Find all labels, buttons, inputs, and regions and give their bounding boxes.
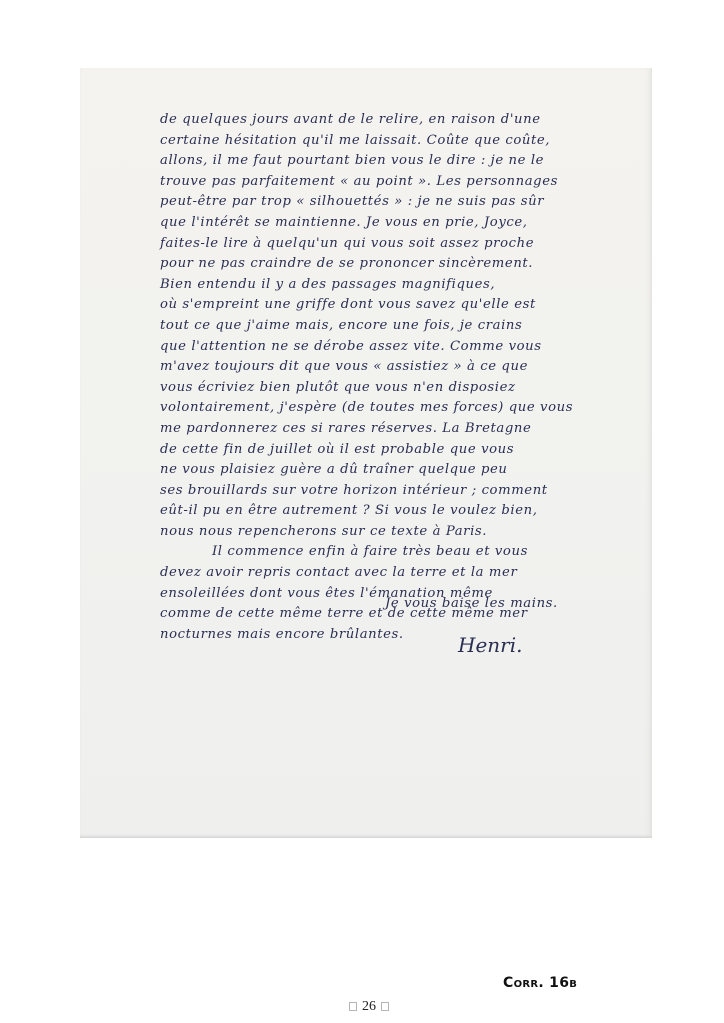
letter-line: de quelques jours avant de le relire, en…	[160, 110, 630, 131]
page-number-value: 26	[362, 999, 376, 1014]
missing-glyph-icon	[381, 1002, 389, 1011]
letter-line: nous nous repencherons sur ce texte à Pa…	[160, 522, 630, 543]
letter-line: ses brouillards sur votre horizon intéri…	[160, 481, 630, 502]
letter-line: que l'intérêt se maintienne. Je vous en …	[160, 213, 630, 234]
letter-line: Bien entendu il y a des passages magnifi…	[160, 275, 630, 296]
letter-line: volontairement, j'espère (de toutes mes …	[160, 398, 630, 419]
missing-glyph-icon	[349, 1002, 357, 1011]
letter-line: devez avoir repris contact avec la terre…	[160, 563, 630, 584]
letter-line: allons, il me faut pourtant bien vous le…	[160, 151, 630, 172]
letter-line: eût-il pu en être autrement ? Si vous le…	[160, 501, 630, 522]
letter-line: m'avez toujours dit que vous « assistiez…	[160, 357, 630, 378]
letter-line: nocturnes mais encore brûlantes.	[160, 625, 630, 646]
letter-body: de quelques jours avant de le relire, en…	[160, 110, 630, 645]
letter-line: où s'empreint une griffe dont vous savez…	[160, 295, 630, 316]
letter-line: trouve pas parfaitement « au point ». Le…	[160, 172, 630, 193]
letter-line: tout ce que j'aime mais, encore une fois…	[160, 316, 630, 337]
letter-scan: de quelques jours avant de le relire, en…	[80, 68, 652, 838]
letter-line: que l'attention ne se dérobe assez vite.…	[160, 337, 630, 358]
correspondence-reference: Corr. 16b	[503, 975, 577, 991]
letter-line: faites-le lire à quelqu'un qui vous soit…	[160, 234, 630, 255]
letter-line: Il commence enfin à faire très beau et v…	[160, 542, 630, 563]
letter-line: pour ne pas craindre de se prononcer sin…	[160, 254, 630, 275]
letter-line: me pardonnerez ces si rares réserves. La…	[160, 419, 630, 440]
page-number: 26	[344, 999, 394, 1015]
letter-closing: Je vous baise les mains.	[385, 596, 558, 611]
letter-line: de cette fin de juillet où il est probab…	[160, 440, 630, 461]
letter-line: ne vous plaisiez guère a dû traîner quel…	[160, 460, 630, 481]
letter-line: certaine hésitation qu'il me laissait. C…	[160, 131, 630, 152]
signature: Henri.	[458, 633, 522, 657]
letter-line: vous écriviez bien plutôt que vous n'en …	[160, 378, 630, 399]
letter-line: peut-être par trop « silhouettés » : je …	[160, 192, 630, 213]
